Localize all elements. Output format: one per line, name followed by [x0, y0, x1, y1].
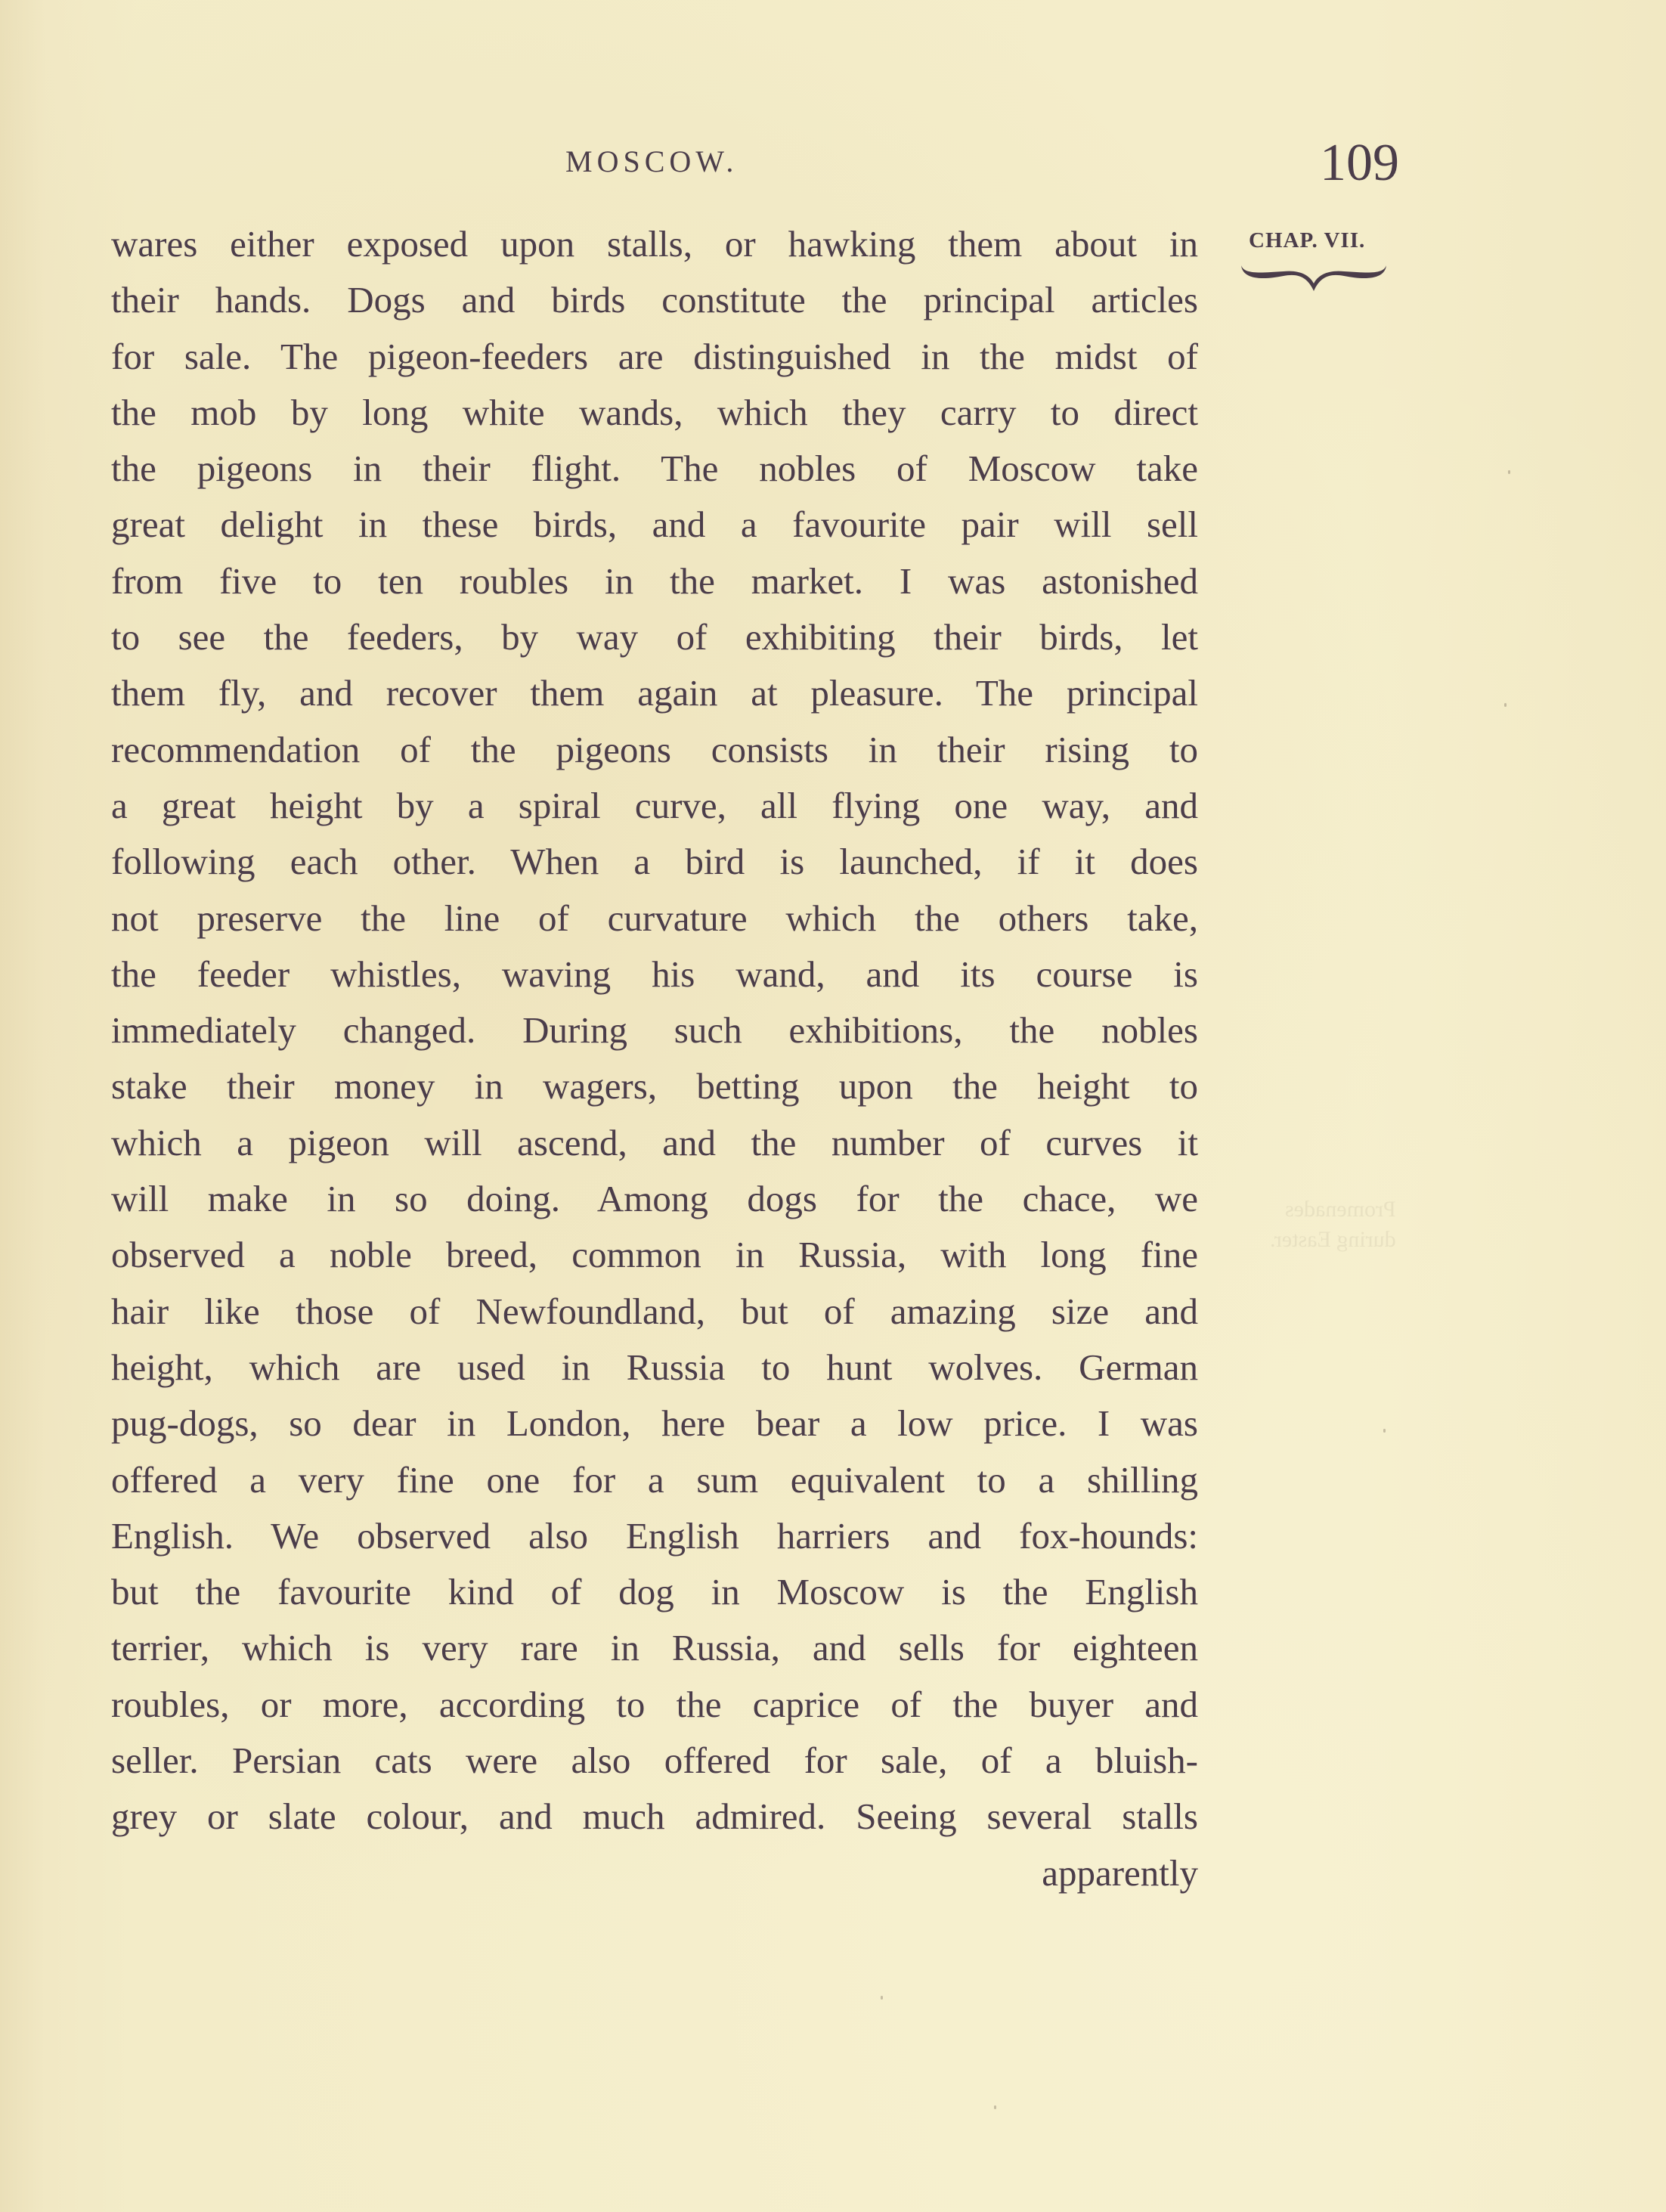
text-line: following each other. When a bird is lau… [111, 834, 1198, 890]
text-line: offered a very fine one for a sum equiva… [111, 1452, 1198, 1508]
text-line: the mob by long white wands, which they … [111, 385, 1198, 441]
text-line: which a pigeon will ascend, and the numb… [111, 1115, 1198, 1171]
bleed-through-line: Promenades [1270, 1194, 1396, 1225]
body-text: wares either exposed upon stalls, or haw… [111, 216, 1198, 1901]
text-line: not preserve the line of curvature which… [111, 891, 1198, 946]
text-line: their hands. Dogs and birds constitute t… [111, 272, 1198, 328]
text-line: seller. Persian cats were also offered f… [111, 1733, 1198, 1789]
text-line: from five to ten roubles in the market. … [111, 553, 1198, 609]
text-line: them fly, and recover them again at plea… [111, 665, 1198, 721]
chapter-label: CHAP. VII. [1249, 225, 1365, 256]
text-line: wares either exposed upon stalls, or haw… [111, 216, 1198, 272]
text-line: observed a noble breed, common in Russia… [111, 1227, 1198, 1283]
bleed-through-marginal-note: Promenades during Easter. [1270, 1194, 1396, 1255]
paper-speck [994, 2105, 996, 2109]
curly-brace-icon [1238, 261, 1389, 299]
text-line: a great height by a spiral curve, all fl… [111, 778, 1198, 834]
text-line: English. We observed also English harrie… [111, 1508, 1198, 1564]
text-line: height, which are used in Russia to hunt… [111, 1340, 1198, 1396]
text-line: pug-dogs, so dear in London, here bear a… [111, 1396, 1198, 1451]
text-line: will make in so doing. Among dogs for th… [111, 1171, 1198, 1227]
paper-speck [1383, 1429, 1386, 1433]
bleed-through-line: during Easter. [1270, 1225, 1396, 1255]
text-line: great delight in these birds, and a favo… [111, 497, 1198, 553]
page-number: 109 [1320, 135, 1399, 192]
text-line: to see the feeders, by way of exhibiting… [111, 609, 1198, 665]
text-line: grey or slate colour, and much admired. … [111, 1789, 1198, 1845]
running-title: MOSCOW. [565, 144, 738, 180]
paper-speck [1508, 470, 1510, 474]
text-line: recommendation of the pigeons consists i… [111, 722, 1198, 778]
text-line: but the favourite kind of dog in Moscow … [111, 1564, 1198, 1620]
text-line: the feeder whistles, waving his wand, an… [111, 946, 1198, 1002]
text-line: immediately changed. During such exhibit… [111, 1002, 1198, 1058]
text-line: hair like those of Newfoundland, but of … [111, 1284, 1198, 1340]
text-line: the pigeons in their flight. The nobles … [111, 441, 1198, 497]
book-page: Promenades during Easter. MOSCOW. 109 CH… [0, 0, 1666, 2212]
catchword: apparently [111, 1845, 1198, 1901]
text-line: stake their money in wagers, betting upo… [111, 1058, 1198, 1114]
text-line: terrier, which is very rare in Russia, a… [111, 1620, 1198, 1676]
text-line: for sale. The pigeon-feeders are disting… [111, 329, 1198, 385]
paper-speck [1504, 703, 1507, 707]
paper-speck [881, 1996, 883, 2000]
text-line: roubles, or more, according to the capri… [111, 1677, 1198, 1733]
